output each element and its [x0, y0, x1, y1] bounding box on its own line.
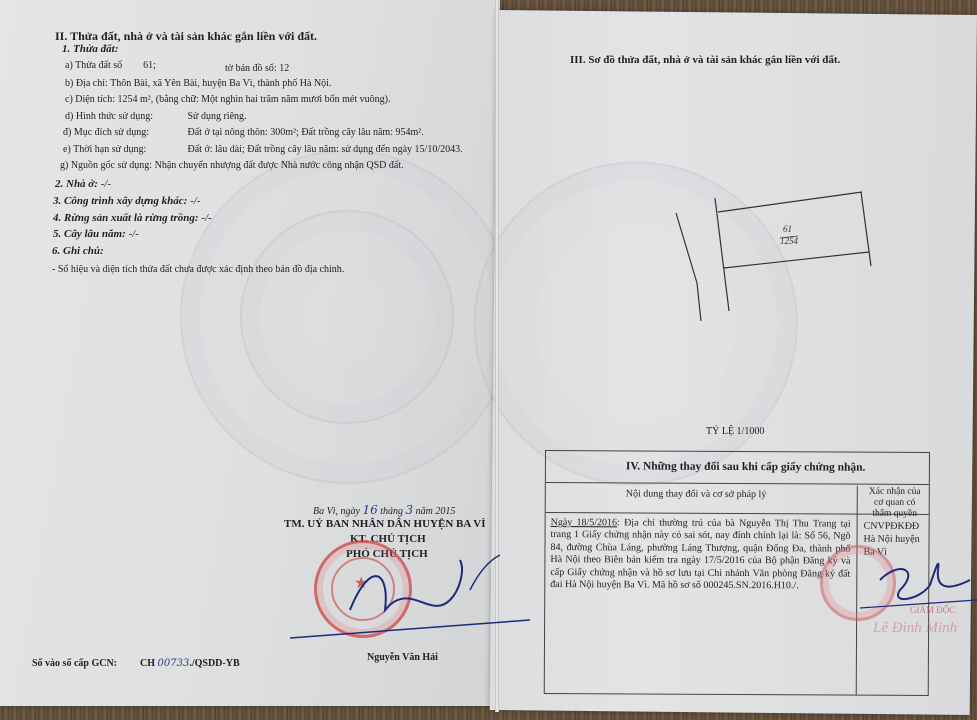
field-value: Đất ở: lâu dài; Đất trồng cây lâu năm: s…	[188, 144, 463, 155]
field-label: b) Địa chỉ:	[65, 78, 108, 89]
item-label: 2. Nhà ở:	[55, 178, 98, 190]
entry-date: Ngày 18/5/2016	[551, 517, 618, 528]
field-value: Thôn Bài, xã Yên Bài, huyện Ba Vì, thành…	[110, 78, 331, 89]
month-label: tháng	[380, 506, 403, 517]
field-thoi-han: e) Thời hạn sử dụng: Đất ở: lâu dài; Đất…	[63, 144, 463, 155]
field-label: đ) Mục đích sử dụng:	[63, 127, 185, 138]
field-nguon-goc: g) Nguồn gốc sử dụng: Nhận chuyển nhượng…	[60, 160, 404, 171]
table-title-row: IV. Những thay đổi sau khi cấp giấy chứn…	[546, 451, 929, 485]
cert-suffix: ./QSDD-YB	[189, 658, 239, 669]
field-value: 1254 m², (bằng chữ: Một nghìn hai trăm n…	[117, 94, 390, 105]
item-cong-trinh: 3. Công trình xây dựng khác: -/-	[53, 195, 200, 207]
table-title: IV. Những thay đổi sau khi cấp giấy chứn…	[626, 460, 866, 473]
header-content: Nội dung thay đổi và cơ sở pháp lý	[626, 488, 767, 500]
certificate-number: Số vào sổ cấp GCN: CH 00733./QSDD-YB	[32, 658, 240, 669]
sign-place-date: Ba Vì, ngày 16 tháng 3 năm 2015	[313, 503, 455, 517]
parcel-number: 61	[783, 224, 792, 234]
item-rung-san-xuat: 4. Rừng sản xuất là rừng trồng: -/-	[53, 212, 212, 224]
field-value: 61;	[143, 60, 156, 71]
sign-organization: TM. UỶ BAN NHÂN DÂN HUYỆN BA VÌ	[284, 518, 485, 530]
item-value: -/-	[190, 195, 200, 207]
year-label: năm 2015	[416, 506, 456, 517]
change-entry: Ngày 18/5/2016: Địa chỉ thường trú của b…	[550, 517, 850, 593]
watermark-emblem-inner	[240, 210, 454, 424]
item-label: 3. Công trình xây dựng khác:	[53, 195, 187, 207]
field-dien-tich: c) Diện tích: 1254 m², (bằng chữ: Một ng…	[65, 94, 390, 105]
cert-label: Số vào sổ cấp GCN:	[32, 658, 117, 669]
field-to-ban-do-so: tờ bản đồ số: 12	[225, 63, 289, 74]
entry-text: : Địa chỉ thường trú của bà Nguyễn Thị T…	[550, 517, 850, 591]
table-header-row: Nội dung thay đổi và cơ sở pháp lý Xác n…	[546, 483, 929, 515]
item-value: -/-	[128, 228, 138, 240]
sign-month: 3	[406, 503, 414, 517]
field-thua-dat-so: a) Thửa đất số 61;	[65, 60, 156, 71]
field-label: g) Nguồn gốc sử dụng:	[60, 160, 152, 171]
sign-day: 16	[362, 503, 377, 517]
field-value: Nhận chuyển nhượng đất được Nhà nước côn…	[155, 160, 404, 171]
cert-number: 00733	[158, 658, 190, 669]
parcel-area: 1254	[780, 236, 798, 246]
field-label: tờ bản đồ số:	[225, 63, 277, 74]
field-value: 12	[279, 63, 289, 74]
field-label: d) Hình thức sử dụng:	[65, 111, 185, 122]
stamp-role: GIÁM ĐỐC	[910, 605, 955, 615]
field-value: Sử dụng riêng.	[188, 111, 247, 122]
note-text: - Số hiệu và diện tích thửa đất chưa đượ…	[52, 264, 344, 275]
subsection-thua-dat: 1. Thửa đất:	[62, 43, 118, 55]
header-confirmation: Xác nhận của cơ quan có thẩm quyền	[864, 487, 926, 520]
parcel-diagram	[660, 180, 890, 330]
map-scale: TỶ LỆ 1/1000	[706, 426, 764, 437]
item-ghi-chu: 6. Ghi chú:	[52, 245, 104, 257]
item-label: 6. Ghi chú:	[52, 245, 104, 257]
section-ii-title: II. Thửa đất, nhà ở và tài sản khác gắn …	[55, 29, 317, 44]
item-value: -/-	[101, 178, 111, 190]
item-label: 4. Rừng sản xuất là rừng trồng:	[53, 212, 199, 224]
field-label: a) Thửa đất số	[65, 60, 122, 71]
signer-name: Nguyễn Văn Hải	[367, 652, 438, 663]
item-nha-o: 2. Nhà ở: -/-	[55, 178, 111, 190]
field-dia-chi: b) Địa chỉ: Thôn Bài, xã Yên Bài, huyện …	[65, 78, 331, 89]
field-value: Đất ở tại nông thôn: 300m²; Đất trồng câ…	[188, 127, 424, 138]
section-iii-title: III. Sơ đồ thửa đất, nhà ở và tài sản kh…	[570, 54, 840, 66]
item-cay-lau-nam: 5. Cây lâu năm: -/-	[53, 228, 139, 240]
field-muc-dich: đ) Mục đích sử dụng: Đất ở tại nông thôn…	[63, 127, 424, 138]
signature-mark	[290, 540, 530, 650]
field-label: e) Thời hạn sử dụng:	[63, 144, 185, 155]
field-label: c) Diện tích:	[65, 94, 115, 105]
cert-prefix: CH	[140, 658, 155, 669]
field-hinh-thuc: d) Hình thức sử dụng: Sử dụng riêng.	[65, 111, 247, 122]
date-prefix: Ba Vì, ngày	[313, 506, 360, 517]
item-label: 5. Cây lâu năm:	[53, 228, 126, 240]
stamp-name: Lê Đình Minh	[873, 620, 957, 637]
item-value: -/-	[201, 212, 211, 224]
